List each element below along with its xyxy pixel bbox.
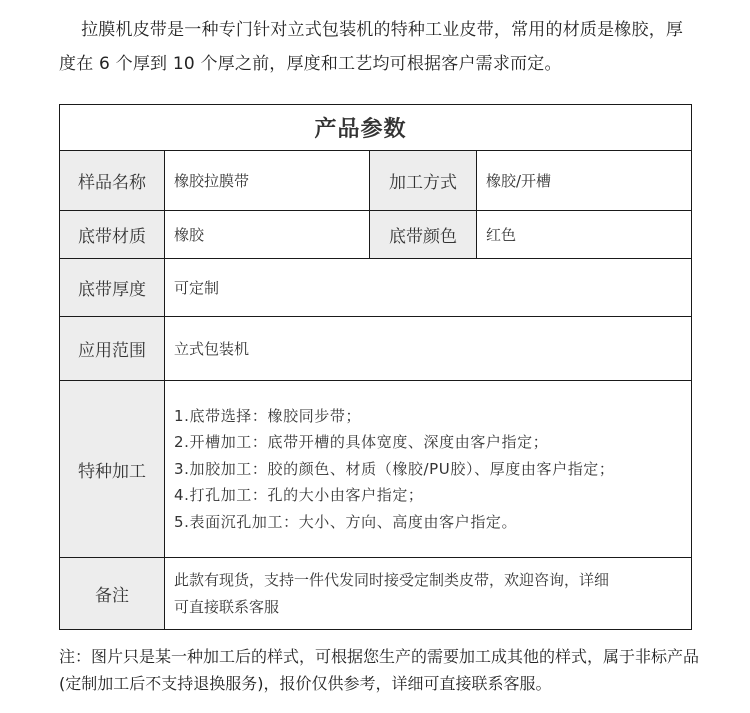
table-row: 应用范围 立式包装机 <box>60 317 692 381</box>
label-remarks: 备注 <box>60 558 165 630</box>
footnote: 注：图片只是某一种加工后的样式，可根据您生产的需要加工成其他的样式，属于非标产品… <box>59 643 699 697</box>
special-processing-item: 4.打孔加工：孔的大小由客户指定； <box>174 482 691 509</box>
table-row: 样品名称 橡胶拉膜带 加工方式 橡胶/开槽 <box>60 151 692 211</box>
remark-line: 此款有现货，支持一件代发同时接受定制类皮带，欢迎咨询，详细 <box>174 567 691 594</box>
value-base-color: 红色 <box>477 211 692 259</box>
table-title-row: 产品参数 <box>60 105 692 151</box>
value-remarks: 此款有现货，支持一件代发同时接受定制类皮带，欢迎咨询，详细 可直接联系客服 <box>165 558 692 630</box>
value-base-thickness: 可定制 <box>165 259 692 317</box>
label-sample-name: 样品名称 <box>60 151 165 211</box>
table-row: 底带厚度 可定制 <box>60 259 692 317</box>
special-processing-item: 3.加胶加工：胶的颜色、材质（橡胶/PU胶）、厚度由客户指定； <box>174 456 691 483</box>
label-base-color: 底带颜色 <box>370 211 477 259</box>
label-base-thickness: 底带厚度 <box>60 259 165 317</box>
label-processing-method: 加工方式 <box>370 151 477 211</box>
value-sample-name: 橡胶拉膜带 <box>165 151 370 211</box>
special-processing-item: 5.表面沉孔加工：大小、方向、高度由客户指定。 <box>174 509 691 536</box>
value-application-scope: 立式包装机 <box>165 317 692 381</box>
label-special-processing: 特种加工 <box>60 381 165 558</box>
label-base-material: 底带材质 <box>60 211 165 259</box>
remark-line: 可直接联系客服 <box>174 594 691 621</box>
intro-paragraph: 拉膜机皮带是一种专门针对立式包装机的特种工业皮带，常用的材质是橡胶，厚度在 6 … <box>59 13 699 81</box>
table-row: 特种加工 1.底带选择：橡胶同步带； 2.开槽加工：底带开槽的具体宽度、深度由客… <box>60 381 692 558</box>
special-processing-item: 1.底带选择：橡胶同步带； <box>174 403 691 430</box>
value-processing-method: 橡胶/开槽 <box>477 151 692 211</box>
value-special-processing: 1.底带选择：橡胶同步带； 2.开槽加工：底带开槽的具体宽度、深度由客户指定； … <box>165 381 692 558</box>
product-parameters-table: 产品参数 样品名称 橡胶拉膜带 加工方式 橡胶/开槽 底带材质 橡胶 底带颜色 … <box>59 104 692 630</box>
special-processing-item: 2.开槽加工：底带开槽的具体宽度、深度由客户指定； <box>174 429 691 456</box>
value-base-material: 橡胶 <box>165 211 370 259</box>
table-title: 产品参数 <box>60 105 692 151</box>
label-application-scope: 应用范围 <box>60 317 165 381</box>
table-row: 底带材质 橡胶 底带颜色 红色 <box>60 211 692 259</box>
table-row: 备注 此款有现货，支持一件代发同时接受定制类皮带，欢迎咨询，详细 可直接联系客服 <box>60 558 692 630</box>
